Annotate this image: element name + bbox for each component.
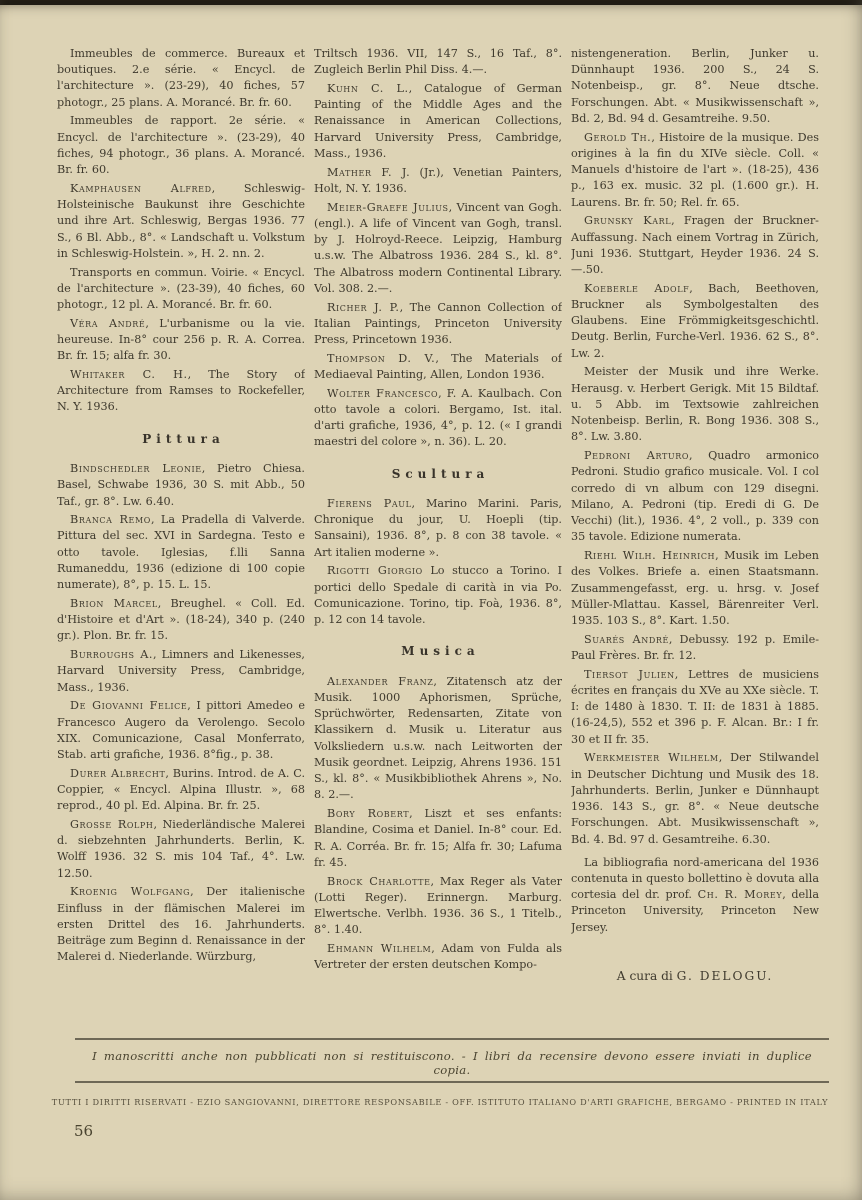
entry-text: , <box>212 182 244 195</box>
entry-text: Pittura del sec. XVI in Sardegna. Testo … <box>57 529 305 591</box>
section-heading-pittura: Pittura <box>57 431 305 448</box>
author-name: Tiersot Julien <box>584 668 675 681</box>
bib-entry: Brock Charlotte, Max Reger als Vater (Lo… <box>314 874 562 939</box>
section-heading-scultura: Scultura <box>314 466 562 483</box>
entry-text: (engl.). A life of Vincent van Gogh, tra… <box>314 217 562 295</box>
work-title: La Pradella di Valverde. <box>161 513 305 526</box>
entry-text: Basel, Schwabe 1936, 30 S. mit Abb., 50 … <box>57 478 305 507</box>
page-top-edge <box>0 0 862 5</box>
entry-text: , <box>438 387 447 400</box>
entry-text: , <box>412 497 426 510</box>
bib-entry: Werkmeister Wilhelm, Der Stilwandel in D… <box>571 750 819 847</box>
entry-text: , <box>154 818 163 831</box>
author-name: Ch. R. Morey <box>698 888 783 901</box>
bib-entry: Fierens Paul, Marino Marini. Paris, Chro… <box>314 496 562 561</box>
column-1: Immeubles de commerce. Bureaux et boutiq… <box>57 46 305 1036</box>
author-name: Meier-Graefe Julius <box>327 201 449 214</box>
bib-entry: Pedroni Arturo, Quadro armonico Pedroni.… <box>571 448 819 545</box>
author-name: Rigotti Giorgio <box>327 564 423 577</box>
author-name: Wolter Francesco <box>327 387 438 400</box>
author-name: Riehl Wilh. Heinrich <box>584 549 715 562</box>
bib-entry: Véra André, L'urbanisme ou la vie. heure… <box>57 316 305 365</box>
work-title: Pietro Chiesa. <box>217 462 305 475</box>
bib-entry-continuation: nistengeneration. Berlin, Junker u. Dünn… <box>571 46 819 127</box>
bib-entry: Richer J. P., The Cannon Collection of I… <box>314 300 562 349</box>
bib-entry: Suarés André, Debussy. 192 p. Emile-Paul… <box>571 632 819 664</box>
work-title: Marino Marini. <box>426 497 519 510</box>
entry-text: Triltsch 1936. VII, 147 S., 16 Taf., 8°.… <box>314 47 562 76</box>
entry-text: , <box>187 699 196 712</box>
work-title: Venetian Painters <box>453 166 558 179</box>
bib-entry: Ehmann Wilhelm, Adam von Fulda als Vertr… <box>314 941 562 973</box>
bibliography-text-area: Immeubles de commerce. Bureaux et boutiq… <box>57 46 819 1036</box>
entry-text: , <box>689 282 708 295</box>
bib-entry: Koeberle Adolf, Bach, Beethoven, Bruckne… <box>571 281 819 362</box>
work-title: Debussy. <box>680 633 730 646</box>
author-name: Werkmeister Wilhelm <box>584 751 719 764</box>
bib-entry: Alexander Franz, Zitatensch atz der Musi… <box>314 674 562 804</box>
entry-text: , Allen, London 1936. <box>423 368 544 381</box>
work-title: Meister der Musik und ihre Werke. <box>584 365 819 378</box>
bib-entry: Grunsky Karl, Fragen der Bruckner-Auffas… <box>571 213 819 278</box>
author-name: Grunsky Karl <box>584 214 671 227</box>
work-title: Limners and Likenesses <box>162 648 302 661</box>
bib-entry: Riehl Wilh. Heinrich, Musik im Leben des… <box>571 548 819 629</box>
entry-text: Beiträge zum Beginn d. Renaissance in de… <box>57 934 305 963</box>
author-name: Gerold Th. <box>584 131 651 144</box>
entry-text: , <box>165 767 172 780</box>
entry-text: , <box>158 597 171 610</box>
editorial-note: La bibliografia nord-americana del 1936 … <box>571 855 819 936</box>
entry-text: , <box>669 633 680 646</box>
bib-entry: Tiersot Julien, Lettres de musiciens écr… <box>571 667 819 748</box>
closing-credit: A cura di G. DELOGU. <box>571 968 819 986</box>
author-name: Kroenig Wolfgang <box>70 885 190 898</box>
entry-text: , <box>719 751 730 764</box>
editor-name: G. DELOGU. <box>677 969 774 983</box>
bib-entry: Bory Robert, Liszt et ses enfants: Bland… <box>314 806 562 871</box>
bib-entry: Bindschedler Leonie, Pietro Chiesa. Base… <box>57 461 305 510</box>
bib-entry: Transports en commun. Voirie. « Encycl. … <box>57 265 305 314</box>
bib-entry: Meier-Graefe Julius, Vincent van Gogh. (… <box>314 200 562 297</box>
entry-text: , <box>651 131 659 144</box>
author-name: Bory Robert <box>327 807 409 820</box>
bib-entry: Kuhn C. L., Catalogue of German Painting… <box>314 81 562 162</box>
author-name: Grosse Rolph <box>70 818 154 831</box>
bib-entry: Kroenig Wolfgang, Der italienische Einfl… <box>57 884 305 965</box>
author-name: De Giovanni Felice <box>70 699 187 712</box>
entry-text: , <box>671 214 684 227</box>
author-name: Pedroni Arturo <box>584 449 689 462</box>
editorial-notice: I manoscritti anche non pubblicati non s… <box>75 1049 829 1077</box>
work-title: Immeubles de rapport. <box>70 114 217 127</box>
entry-text: , <box>151 513 161 526</box>
bib-entry: Durer Albrecht, Burins. Introd. de A. C.… <box>57 766 305 815</box>
bib-entry: Mather F. J. (Jr.), Venetian Painters, H… <box>314 165 562 197</box>
author-name: Alexander Franz <box>327 675 433 688</box>
entry-text: , <box>435 352 451 365</box>
author-name: Bindschedler Leonie <box>70 462 202 475</box>
work-title: Burins. <box>173 767 214 780</box>
entry-text: , <box>153 648 162 661</box>
footer-rule-bottom <box>75 1081 829 1083</box>
entry-text: , <box>431 875 440 888</box>
entry-text: , <box>675 668 688 681</box>
bib-entry: De Giovanni Felice, I pittori Amedeo e F… <box>57 698 305 763</box>
entry-text: , <box>409 82 425 95</box>
section-heading-musica: Musica <box>314 643 562 660</box>
author-name: Branca Remo <box>70 513 151 526</box>
entry-text: , <box>190 885 206 898</box>
author-name: Kamphausen Alfred <box>70 182 212 195</box>
entry-text: , <box>145 317 159 330</box>
author-name: Koeberle Adolf <box>584 282 689 295</box>
work-title: nistengeneration. <box>571 47 671 60</box>
bib-entry: Immeubles de commerce. Bureaux et boutiq… <box>57 46 305 111</box>
author-name: Suarés André <box>584 633 669 646</box>
bib-entry: Wolter Francesco, F. A. Kaulbach. Con ot… <box>314 386 562 451</box>
entry-text: , <box>689 449 708 462</box>
author-name: Burroughs A. <box>70 648 153 661</box>
column-3: nistengeneration. Berlin, Junker u. Dünn… <box>571 46 819 1036</box>
author-name: Véra André <box>70 317 145 330</box>
bib-entry: Burroughs A., Limners and Likenesses, Ha… <box>57 647 305 696</box>
bib-entry: Branca Remo, La Pradella di Valverde. Pi… <box>57 512 305 593</box>
bib-entry: Immeubles de rapport. 2e série. « Encycl… <box>57 113 305 178</box>
imprint-line: TUTTI I DIRITTI RISERVATI - EZIO SANGIOV… <box>38 1097 842 1107</box>
bib-entry: Whitaker C. H., The Story of Architectur… <box>57 367 305 416</box>
work-title: Breughel. <box>170 597 226 610</box>
entry-text: Herausg. v. Herbert Gerigk. Mit 15 Bildt… <box>571 382 819 444</box>
author-name: Brock Charlotte <box>327 875 431 888</box>
author-name: Mather F. J. <box>327 166 410 179</box>
entry-text: , <box>400 301 410 314</box>
bib-entry: Brion Marcel, Breughel. « Coll. Ed. d'Hi… <box>57 596 305 645</box>
entry-text: 1000 Aphorismen, Sprüche, Sprüchwörter, … <box>314 691 562 801</box>
bib-entry: Thompson D. V., The Materials of Mediaev… <box>314 351 562 383</box>
author-name: Durer Albrecht <box>70 767 165 780</box>
author-name: Fierens Paul <box>327 497 412 510</box>
author-name: Thompson D. V. <box>327 352 435 365</box>
entry-text: (Lotti Reger). Erinnergn. Marburg. Elwer… <box>314 891 562 936</box>
entry-text: , <box>433 675 446 688</box>
author-name: Richer J. P. <box>327 301 400 314</box>
author-name: Kuhn C. L. <box>327 82 409 95</box>
work-title: Max Reger als Vater <box>440 875 562 888</box>
entry-text: , <box>409 807 424 820</box>
author-name: Ehmann Wilhelm <box>327 942 431 955</box>
entry-text: A cura di <box>617 969 677 983</box>
bib-entry: Kamphausen Alfred, Schleswig- Holsteinis… <box>57 181 305 262</box>
entry-text: , <box>715 549 724 562</box>
entry-text: , <box>202 462 217 475</box>
entry-text: (Jr.), <box>410 166 453 179</box>
bib-entry: Gerold Th., Histoire de la musique. Des … <box>571 130 819 211</box>
entry-text: Comunicazione. Torino, tip. Foà, 1936. 8… <box>314 597 562 626</box>
column-2: Triltsch 1936. VII, 147 S., 16 Taf., 8°.… <box>314 46 562 1036</box>
page-number: 56 <box>74 1122 93 1140</box>
bib-entry-continuation: Triltsch 1936. VII, 147 S., 16 Taf., 8°.… <box>314 46 562 78</box>
scanned-page: Immeubles de commerce. Bureaux et boutiq… <box>0 0 862 1200</box>
bib-entry: Rigotti Giorgio Lo stucco a Torino. I po… <box>314 563 562 628</box>
work-title: F. A. Kaulbach. <box>447 387 535 400</box>
work-title: Transports en commun. Voirie. <box>70 266 248 279</box>
work-title: Vincent van Gogh. <box>456 201 562 214</box>
bib-entry: Grosse Rolph, Niederländische Malerei d.… <box>57 817 305 882</box>
entry-text: , <box>431 942 441 955</box>
author-name: Whitaker C. H. <box>70 368 188 381</box>
entry-text: , <box>188 368 209 381</box>
bib-entry: Meister der Musik und ihre Werke. Heraus… <box>571 364 819 445</box>
footer-rule-top <box>75 1038 829 1040</box>
author-name: Brion Marcel <box>70 597 158 610</box>
